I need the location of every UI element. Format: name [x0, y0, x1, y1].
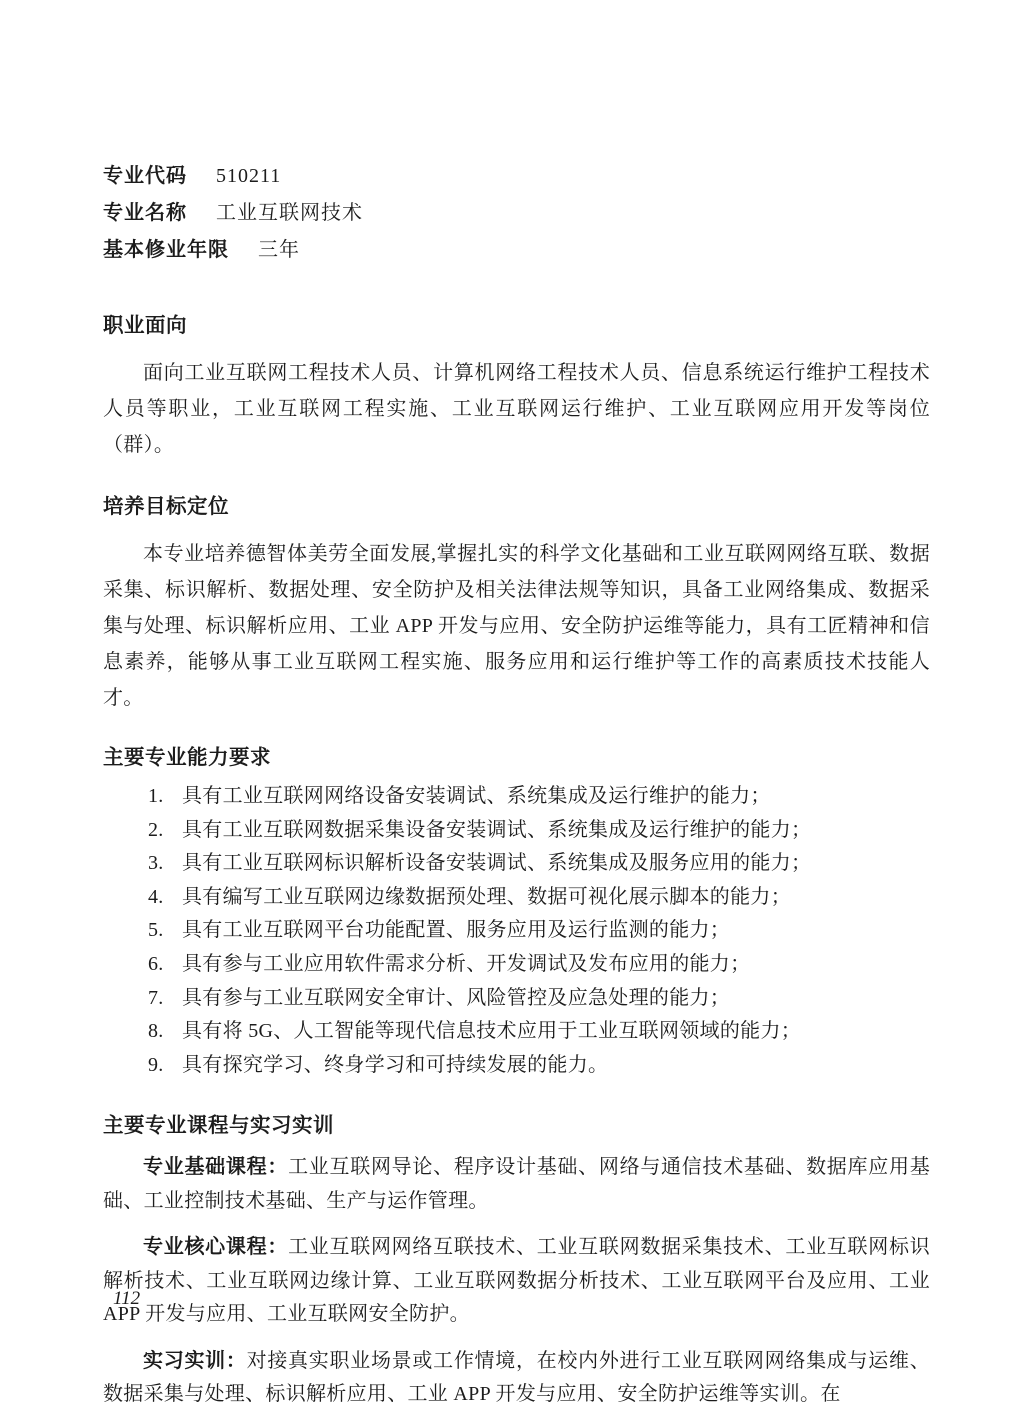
- study-years-value: 三年: [258, 239, 300, 261]
- ability-item-text: 具有探究学习、终身学习和可持续发展的能力。: [182, 1049, 930, 1083]
- document-page: 专业代码 510211 专业名称 工业互联网技术 基本修业年限 三年 职业面向 …: [0, 0, 1024, 1426]
- section-heading-goal: 培养目标定位: [103, 489, 930, 519]
- metadata-block: 专业代码 510211 专业名称 工业互联网技术 基本修业年限 三年: [103, 158, 930, 269]
- ability-item-text: 具有将 5G、人工智能等现代信息技术应用于工业互联网领域的能力；: [182, 1015, 930, 1049]
- ability-item-text: 具有工业互联网网络设备安装调试、系统集成及运行维护的能力；: [182, 780, 930, 814]
- ability-item-text: 具有工业互联网平台功能配置、服务应用及运行监测的能力；: [182, 914, 930, 948]
- study-years-line: 基本修业年限 三年: [103, 232, 930, 269]
- ability-item-number: 3.: [103, 847, 182, 881]
- section-heading-courses: 主要专业课程与实习实训: [103, 1108, 930, 1138]
- ability-item: 6. 具有参与工业应用软件需求分析、开发调试及发布应用的能力；: [103, 948, 930, 982]
- ability-item: 1. 具有工业互联网网络设备安装调试、系统集成及运行维护的能力；: [103, 780, 930, 814]
- ability-list: 1. 具有工业互联网网络设备安装调试、系统集成及运行维护的能力； 2. 具有工业…: [103, 780, 930, 1082]
- ability-item-number: 1.: [103, 780, 182, 814]
- ability-item: 7. 具有参与工业互联网安全审计、风险管控及应急处理的能力；: [103, 982, 930, 1016]
- course-paragraph-practice: 实习实训：对接真实职业场景或工作情境，在校内外进行工业互联网网络集成与运维、数据…: [103, 1345, 930, 1412]
- ability-item-number: 7.: [103, 982, 182, 1016]
- study-years-label: 基本修业年限: [103, 239, 229, 261]
- ability-item-number: 5.: [103, 914, 182, 948]
- ability-item-number: 6.: [103, 948, 182, 982]
- goal-paragraph: 本专业培养德智体美劳全面发展,掌握扎实的科学文化基础和工业互联网网络互联、数据采…: [103, 536, 930, 716]
- ability-item: 2. 具有工业互联网数据采集设备安装调试、系统集成及运行维护的能力；: [103, 814, 930, 848]
- career-paragraph: 面向工业互联网工程技术人员、计算机网络工程技术人员、信息系统运行维护工程技术人员…: [103, 355, 930, 463]
- ability-item: 5. 具有工业互联网平台功能配置、服务应用及运行监测的能力；: [103, 914, 930, 948]
- page-number: 112: [113, 1288, 140, 1310]
- ability-item-number: 2.: [103, 814, 182, 848]
- ability-item-text: 具有工业互联网数据采集设备安装调试、系统集成及运行维护的能力；: [182, 814, 930, 848]
- ability-item: 3. 具有工业互联网标识解析设备安装调试、系统集成及服务应用的能力；: [103, 847, 930, 881]
- course-lead-core: 专业核心课程：: [143, 1236, 288, 1258]
- ability-item-text: 具有参与工业互联网安全审计、风险管控及应急处理的能力；: [182, 982, 930, 1016]
- ability-item: 4. 具有编写工业互联网边缘数据预处理、数据可视化展示脚本的能力；: [103, 881, 930, 915]
- ability-item-number: 9.: [103, 1049, 182, 1083]
- ability-item-number: 8.: [103, 1015, 182, 1049]
- ability-item-text: 具有参与工业应用软件需求分析、开发调试及发布应用的能力；: [182, 948, 930, 982]
- ability-item-text: 具有工业互联网标识解析设备安装调试、系统集成及服务应用的能力；: [182, 847, 930, 881]
- major-code-label: 专业代码: [103, 165, 187, 187]
- course-lead-basic: 专业基础课程：: [143, 1156, 288, 1178]
- course-paragraph-basic: 专业基础课程：工业互联网导论、程序设计基础、网络与通信技术基础、数据库应用基础、…: [103, 1151, 930, 1218]
- ability-item: 9. 具有探究学习、终身学习和可持续发展的能力。: [103, 1049, 930, 1083]
- section-heading-abilities: 主要专业能力要求: [103, 740, 930, 770]
- ability-item-number: 4.: [103, 881, 182, 915]
- ability-item: 8. 具有将 5G、人工智能等现代信息技术应用于工业互联网领域的能力；: [103, 1015, 930, 1049]
- ability-item-text: 具有编写工业互联网边缘数据预处理、数据可视化展示脚本的能力；: [182, 881, 930, 915]
- course-paragraph-core: 专业核心课程：工业互联网网络互联技术、工业互联网数据采集技术、工业互联网标识解析…: [103, 1231, 930, 1332]
- major-code-line: 专业代码 510211: [103, 158, 930, 195]
- major-code-value: 510211: [216, 165, 281, 187]
- course-lead-practice: 实习实训：: [143, 1350, 247, 1372]
- major-name-line: 专业名称 工业互联网技术: [103, 195, 930, 232]
- major-name-label: 专业名称: [103, 202, 187, 224]
- section-heading-career: 职业面向: [103, 308, 930, 338]
- major-name-value: 工业互联网技术: [216, 202, 363, 224]
